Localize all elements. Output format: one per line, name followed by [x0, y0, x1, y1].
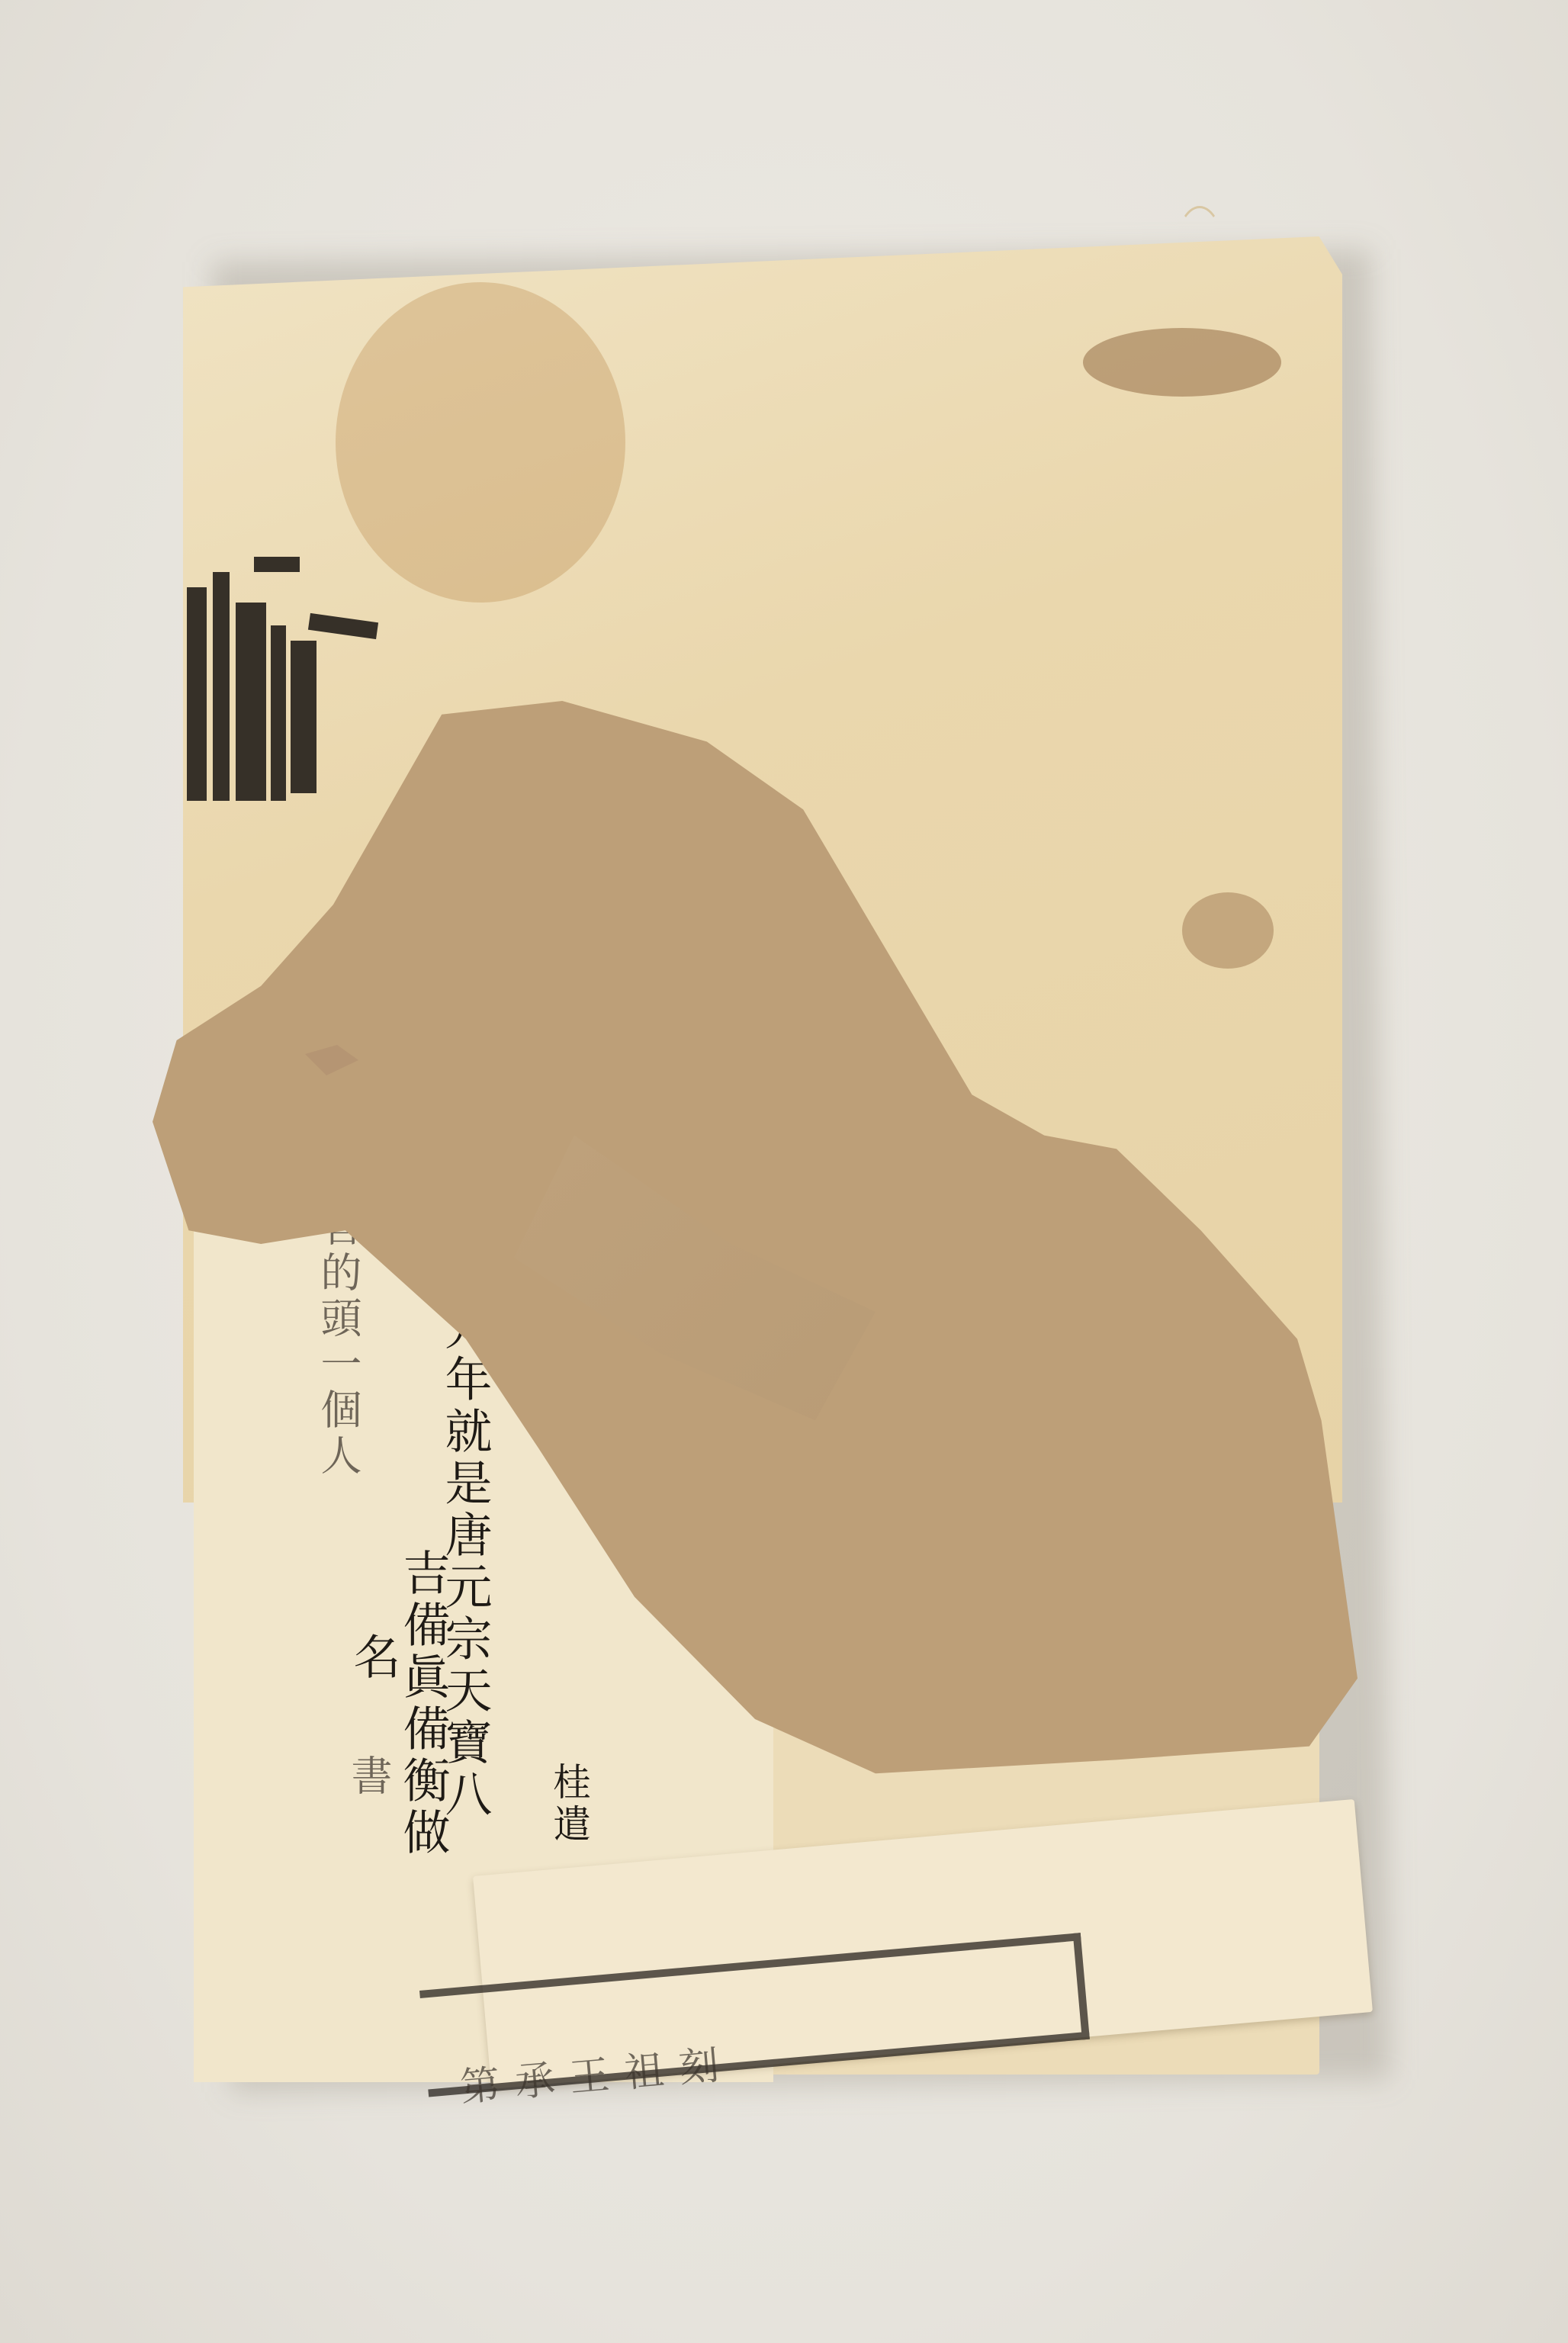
stain-right-middle — [1182, 892, 1274, 969]
text-column-fragment-gui: 桂 — [541, 1762, 596, 1805]
loose-thread — [1174, 206, 1225, 302]
stain-top-left — [336, 282, 625, 603]
printed-border-fragment — [187, 557, 378, 816]
text-column-second: 吉備眞備衡做 — [389, 1548, 457, 1859]
text-column-fragment-book: 書 — [339, 1754, 398, 1800]
antique-book: 寶元年就是唐元宗天寶八 吉備眞備衡做 名 書 國官的頭一個人 桂 遣 第承王祖刻 — [183, 236, 1342, 2075]
text-column-third: 名 — [339, 1632, 407, 1684]
stain-top-right — [1083, 328, 1281, 397]
text-column-fragment-qian: 遣 — [541, 1804, 596, 1846]
